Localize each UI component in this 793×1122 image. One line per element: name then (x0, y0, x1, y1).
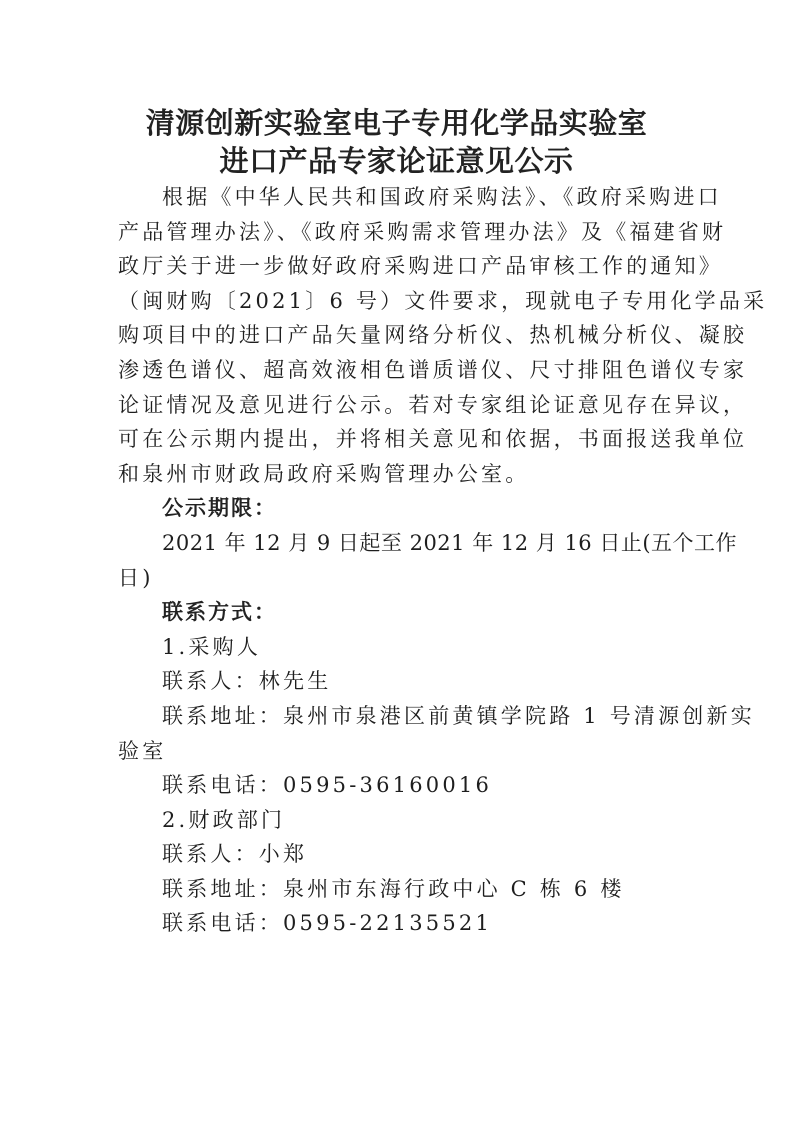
paragraph-line: 渗透色谱仪、超高效液相色谱质谱仪、尺寸排阻色谱仪专家 (118, 353, 678, 388)
purchaser-contact-person: 联系人：林先生 (118, 664, 678, 699)
purchaser-heading: 1.采购人 (118, 630, 678, 665)
purchaser-phone: 联系电话：0595-36160016 (118, 768, 678, 803)
paragraph-line: 和泉州市财政局政府采购管理办公室。 (118, 457, 678, 492)
document-page: 清源创新实验室电子专用化学品实验室 进口产品专家论证意见公示 根据《中华人民共和… (0, 0, 793, 1122)
period-dates-continued: 日) (118, 561, 678, 596)
paragraph-line: 购项目中的进口产品矢量网络分析仪、热机械分析仪、凝胶 (118, 318, 678, 353)
paragraph-line: 论证情况及意见进行公示。若对专家组论证意见存在异议， (118, 388, 678, 423)
purchaser-address-continued: 验室 (118, 734, 678, 769)
paragraph-line: （闽财购〔2021〕6 号）文件要求，现就电子专用化学品采 (118, 284, 678, 319)
document-body: 根据《中华人民共和国政府采购法》、《政府采购进口 产品管理办法》、《政府采购需求… (118, 180, 678, 941)
contact-label: 联系方式： (118, 595, 678, 630)
period-label: 公示期限： (118, 491, 678, 526)
finance-address: 联系地址：泉州市东海行政中心 C 栋 6 楼 (118, 872, 678, 907)
finance-heading: 2.财政部门 (118, 803, 678, 838)
paragraph-line: 可在公示期内提出，并将相关意见和依据，书面报送我单位 (118, 422, 678, 457)
paragraph-line: 产品管理办法》、《政府采购需求管理办法》及《福建省财 (118, 215, 678, 250)
purchaser-address: 联系地址：泉州市泉港区前黄镇学院路 1 号清源创新实 (118, 699, 678, 734)
paragraph-line: 根据《中华人民共和国政府采购法》、《政府采购进口 (118, 180, 678, 215)
finance-phone: 联系电话：0595-22135521 (118, 906, 678, 941)
finance-contact-person: 联系人：小郑 (118, 837, 678, 872)
paragraph-line: 政厅关于进一步做好政府采购进口产品审核工作的通知》 (118, 249, 678, 284)
period-dates: 2021 年 12 月 9 日起至 2021 年 12 月 16 日止(五个工作 (118, 526, 678, 561)
document-title-line-2: 进口产品专家论证意见公示 (0, 142, 793, 180)
document-title-line-1: 清源创新实验室电子专用化学品实验室 (0, 104, 793, 142)
